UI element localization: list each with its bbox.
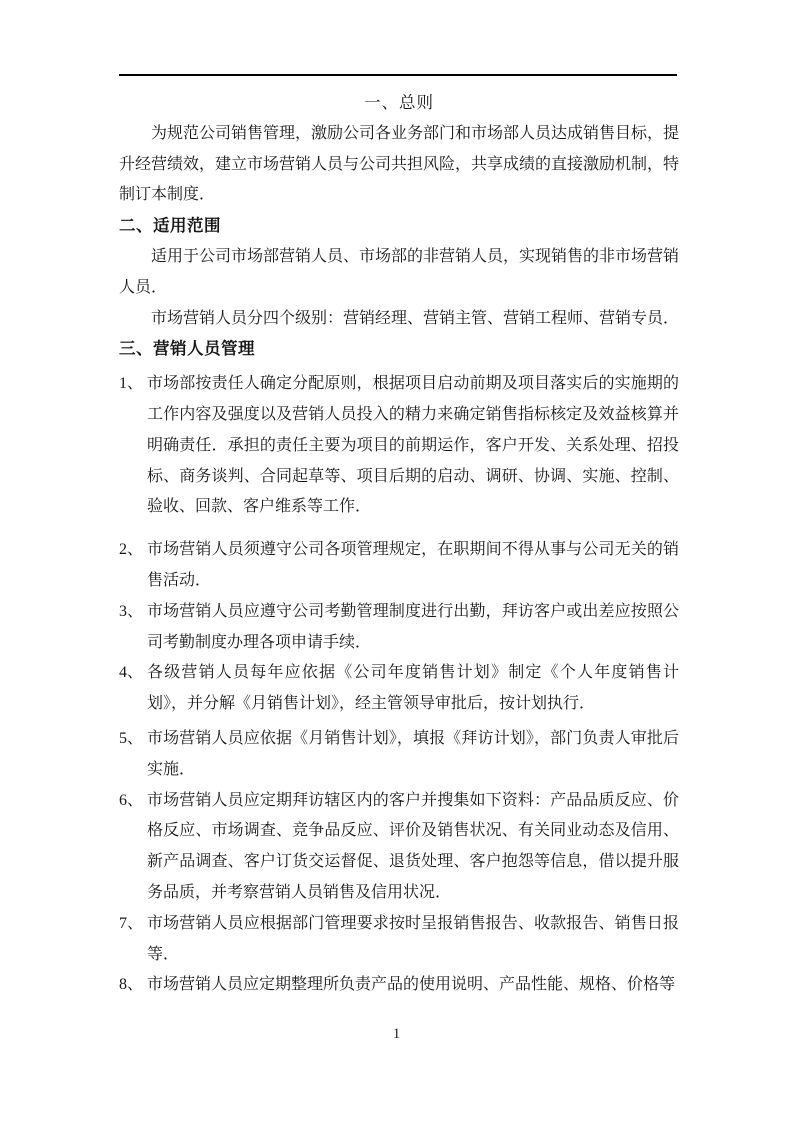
list-item-text: 市场部按责任人确定分配原则，根据项目启动前期及项目落实后的实施期的工作内容及强度… [147, 369, 679, 523]
list-item-text: 市场营销人员应定期整理所负责产品的使用说明、产品性能、规格、价格等 [147, 970, 679, 1001]
list-item-text: 市场营销人员应遵守公司考勤管理制度进行出勤，拜访客户或出差应按照公司考勤制度办理… [147, 597, 679, 659]
list-item: 2、 市场营销人员须遵守公司各项管理规定，在职期间不得从事与公司无关的销售活动． [119, 535, 679, 597]
list-item-text: 市场营销人员须遵守公司各项管理规定，在职期间不得从事与公司无关的销售活动． [147, 535, 679, 597]
management-items-list: 1、 市场部按责任人确定分配原则，根据项目启动前期及项目落实后的实施期的工作内容… [119, 369, 679, 1001]
list-item-number: 6、 [119, 786, 147, 817]
list-item-number: 7、 [119, 909, 147, 940]
list-item-text: 各级营销人员每年应依据《公司年度销售计划》制定《个人年度销售计划》，并分解《月销… [147, 658, 679, 720]
section-heading-management: 三、营销人员管理 [119, 334, 679, 365]
list-item: 8、 市场营销人员应定期整理所负责产品的使用说明、产品性能、规格、价格等 [119, 970, 679, 1001]
document-content: 一、总则 为规范公司销售管理，激励公司各业务部门和市场部人员达成销售目标，提升经… [119, 88, 679, 1001]
document-page: 一、总则 为规范公司销售管理，激励公司各业务部门和市场部人员达成销售目标，提升经… [0, 0, 793, 1122]
list-item: 3、 市场营销人员应遵守公司考勤管理制度进行出勤，拜访客户或出差应按照公司考勤制… [119, 597, 679, 659]
section-heading-scope: 二、适用范围 [119, 211, 679, 242]
list-item-number: 2、 [119, 535, 147, 566]
section-title-general: 一、总则 [119, 88, 679, 119]
list-item-text: 市场营销人员应定期拜访辖区内的客户并搜集如下资料：产品品质反应、价格反应、市场调… [147, 786, 679, 909]
header-rule [119, 74, 677, 76]
scope-paragraph-1: 适用于公司市场部营销人员、市场部的非营销人员，实现销售的非市场营销人员． [119, 242, 679, 304]
intro-paragraph: 为规范公司销售管理，激励公司各业务部门和市场部人员达成销售目标，提升经营绩效，建… [119, 119, 679, 211]
list-item: 7、 市场营销人员应根据部门管理要求按时呈报销售报告、收款报告、销售日报等． [119, 909, 679, 971]
scope-paragraph-2: 市场营销人员分四个级别：营销经理、营销主管、营销工程师、营销专员． [119, 304, 679, 335]
list-item-number: 3、 [119, 597, 147, 628]
page-number: 1 [0, 1024, 793, 1044]
list-item: 1、 市场部按责任人确定分配原则，根据项目启动前期及项目落实后的实施期的工作内容… [119, 369, 679, 523]
list-item-text: 市场营销人员应根据部门管理要求按时呈报销售报告、收款报告、销售日报等． [147, 909, 679, 971]
list-item-number: 8、 [119, 970, 147, 1001]
list-item-number: 4、 [119, 658, 147, 689]
list-item-text: 市场营销人员应依据《月销售计划》，填报《拜访计划》，部门负责人审批后实施． [147, 724, 679, 786]
list-item: 4、 各级营销人员每年应依据《公司年度销售计划》制定《个人年度销售计划》，并分解… [119, 658, 679, 720]
list-item-number: 1、 [119, 369, 147, 400]
list-item-number: 5、 [119, 724, 147, 755]
list-item: 5、 市场营销人员应依据《月销售计划》，填报《拜访计划》，部门负责人审批后实施． [119, 724, 679, 786]
list-item: 6、 市场营销人员应定期拜访辖区内的客户并搜集如下资料：产品品质反应、价格反应、… [119, 786, 679, 909]
